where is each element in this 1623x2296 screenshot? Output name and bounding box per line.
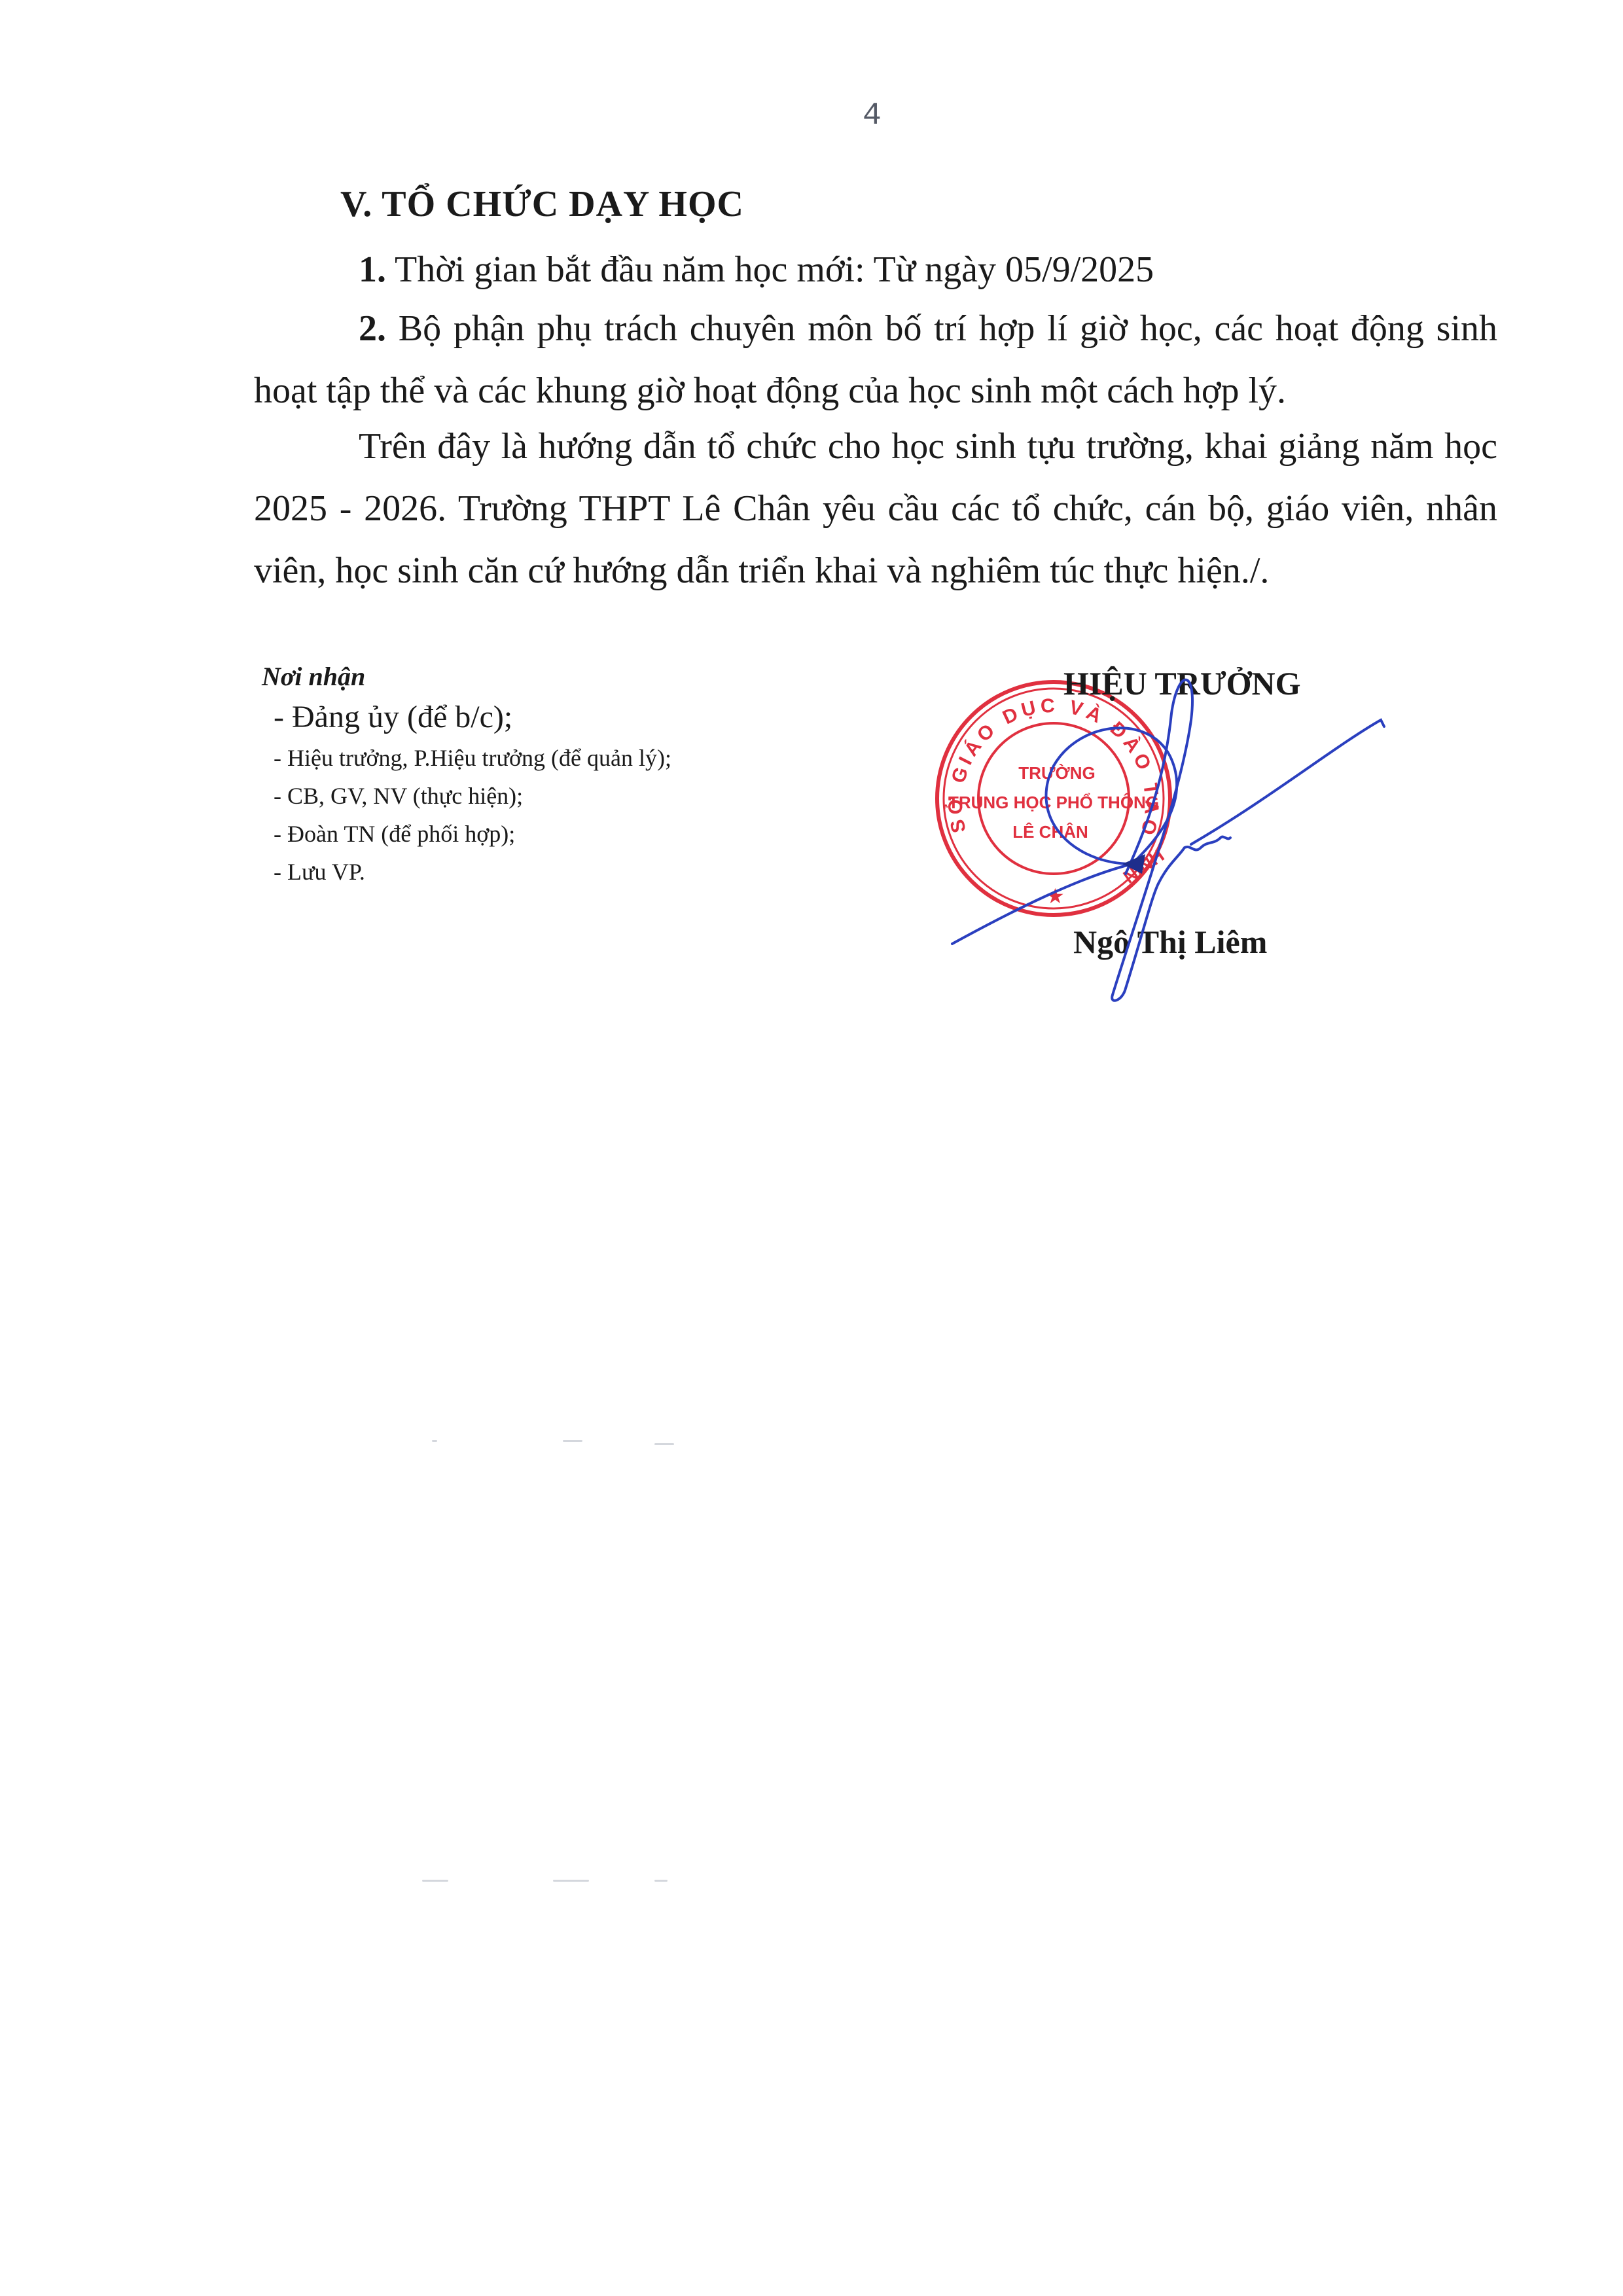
scan-speck [553, 1880, 589, 1882]
scan-speck [432, 1440, 437, 1442]
item-2-number: 2. [359, 308, 386, 349]
recipient-item: - Đoàn TN (để phối hợp); [262, 815, 671, 853]
closing-text: Trên đây là hướng dẫn tổ chức cho học si… [254, 426, 1497, 591]
item-1-number: 1. [359, 249, 386, 290]
recipient-item: - CB, GV, NV (thực hiện); [262, 777, 671, 815]
page-number: 4 [863, 98, 882, 134]
handwritten-signature-icon [916, 648, 1440, 1014]
closing-paragraph: Trên đây là hướng dẫn tổ chức cho học si… [254, 416, 1497, 602]
section-heading: V. TỔ CHỨC DẠY HỌC [340, 183, 744, 225]
item-1-text: Thời gian bắt đầu năm học mới: Từ ngày 0… [386, 249, 1154, 290]
item-2-text: Bộ phận phụ trách chuyên môn bố trí hợp … [254, 308, 1497, 411]
scan-speck [654, 1880, 668, 1882]
recipients-block: Nơi nhận - Đảng ủy (để b/c); - Hiệu trưở… [262, 661, 671, 891]
item-1: 1. Thời gian bắt đầu năm học mới: Từ ngà… [359, 239, 1602, 301]
scan-speck [422, 1880, 448, 1882]
recipient-item: - Hiệu trưởng, P.Hiệu trưởng (để quản lý… [262, 739, 671, 777]
scan-speck [563, 1440, 582, 1442]
recipients-title: Nơi nhận [262, 661, 671, 692]
recipient-item: - Đảng ủy (để b/c); [262, 696, 671, 739]
scan-speck [654, 1443, 674, 1445]
item-2: 2. Bộ phận phụ trách chuyên môn bố trí h… [254, 298, 1497, 422]
signature-block: HIỆU TRƯỞNG SỞ GIÁO DỤC VÀ ĐÀO TẠO TỈNH … [916, 648, 1440, 1014]
recipient-item: - Lưu VP. [262, 853, 671, 891]
